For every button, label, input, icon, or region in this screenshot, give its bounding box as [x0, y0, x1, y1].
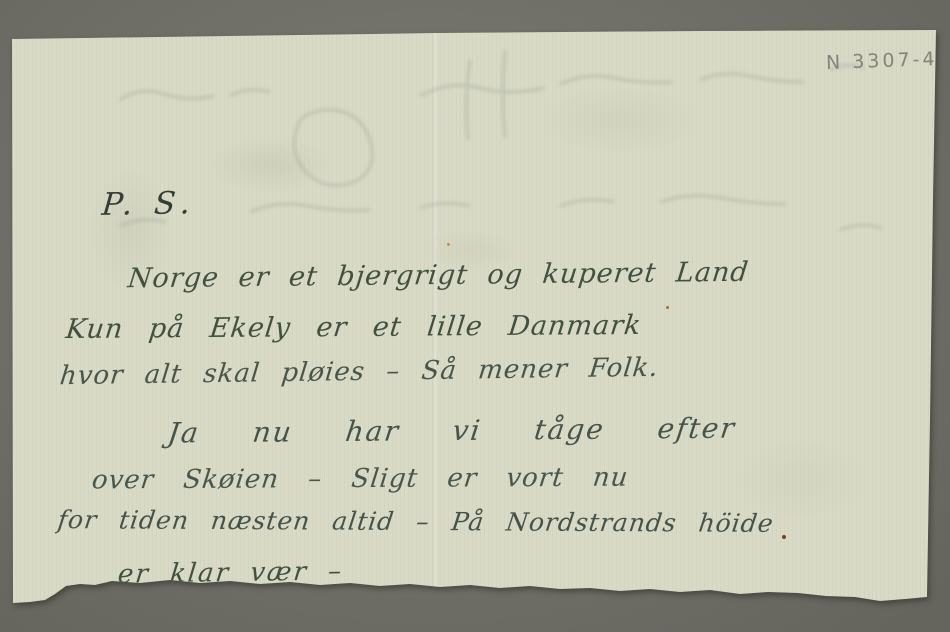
ink-speck: [447, 243, 450, 246]
paper-shadow: N 3307-4 P. S. Norge er et bjergrigt og …: [0, 0, 950, 632]
letter-photograph: N 3307-4 P. S. Norge er et bjergrigt og …: [0, 0, 950, 632]
handwritten-line-6: for tiden næsten altid – På Nordstrands …: [56, 505, 775, 538]
archival-number: N 3307-4: [826, 48, 938, 74]
handwritten-line-1: Norge er et bjergrigt og kuperet Land: [126, 257, 750, 295]
ink-speck: [782, 535, 786, 539]
letter-paper: N 3307-4 P. S. Norge er et bjergrigt og …: [0, 0, 950, 632]
ink-speck: [666, 306, 669, 309]
fold-crease: [433, 31, 438, 591]
handwritten-line-7: er klar vær –: [116, 556, 344, 589]
handwritten-line-4: Ja nu har vi tåge efter: [166, 412, 738, 450]
handwritten-line-5: over Skøien – Sligt er vort nu: [90, 463, 630, 496]
ps-heading: P. S.: [100, 185, 197, 223]
bleedthrough-writing: [0, 0, 950, 260]
handwritten-line-3: hvor alt skal pløies – Så mener Folk.: [58, 353, 660, 391]
handwritten-line-2: Kun på Ekely er et lille Danmark: [64, 310, 643, 345]
